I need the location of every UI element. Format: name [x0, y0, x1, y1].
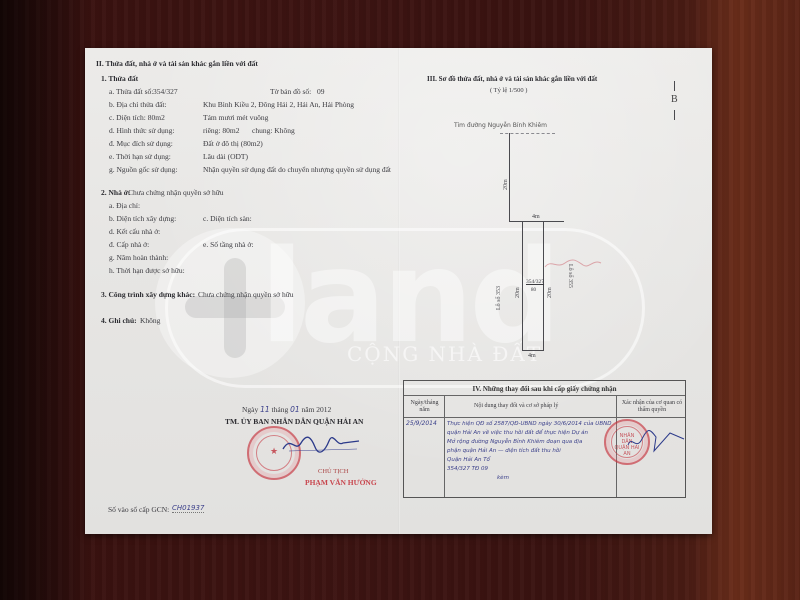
map-sheet-label: Tờ bản đồ số: [270, 88, 311, 96]
parcel-id: 354/327 [526, 280, 544, 286]
watermark-tagline: CỘNG NHÀ ĐẤT [347, 342, 542, 366]
area-label: c. Diện tích: 80m2 [109, 114, 165, 122]
red-annotation-scribble [543, 253, 603, 273]
issuing-authority: TM. ỦY BAN NHÂN DÂN QUẬN HẢI AN [225, 418, 363, 426]
column-header-date: Ngày/tháng năm [406, 400, 443, 414]
other-works-heading: 3. Công trình xây dựng khác: [101, 291, 195, 299]
change-content-line: Quận Hải An Tổ [447, 456, 615, 465]
origin-value: Nhận quyền sử dụng đất do chuyển nhượng … [203, 166, 391, 174]
section-2-title: II. Thửa đất, nhà ở và tài sản khác gắn … [96, 60, 258, 68]
watermark-plus-icon [224, 258, 246, 358]
address-value: Khu Bình Kiều 2, Đông Hải 2, Hải An, Hải… [203, 101, 354, 109]
usage-private: riêng: 80m2 [203, 127, 239, 135]
purpose-value: Đất ở đô thị (80m2) [203, 140, 263, 148]
origin-label: g. Nguồn gốc sử dụng: [109, 166, 177, 174]
house-ownership-term: h. Thời hạn được sở hữu: [109, 267, 185, 275]
usage-shared: chung: Không [252, 127, 295, 135]
term-label: e. Thời hạn sử dụng: [109, 153, 171, 161]
date-month-prefix: tháng [272, 405, 289, 414]
column-header-confirmation: Xác nhận của cơ quan có thẩm quyền [618, 400, 686, 414]
north-marker-line [674, 110, 675, 120]
other-works-value: Chưa chứng nhận quyền sở hữu [198, 291, 294, 299]
parcel-left-edge [522, 221, 523, 351]
change-content-line: Mở rộng đường Nguyễn Bỉnh Khiêm đoạn qua… [447, 438, 615, 447]
side-left-length: 20m [515, 287, 521, 298]
signature-date: Ngày 11 tháng 01 năm 2012 [242, 406, 331, 414]
registry-value: CH01937 [172, 505, 204, 513]
signer-name: PHẠM VĂN HƯỞNG [305, 479, 377, 487]
dim-top-width: 4m [532, 214, 540, 220]
changes-table-title: IV. Những thay đổi sau khi cấp giấy chứn… [404, 381, 685, 396]
signer-position: CHỦ TỊCH [318, 469, 348, 476]
notes-value: Không [140, 317, 160, 325]
north-marker-line [674, 81, 675, 91]
change-content-line: phận quận Hải An — diện tích đất thu hồi [447, 447, 615, 456]
date-prefix: Ngày [242, 405, 258, 414]
change-content-line: kèm [447, 474, 615, 483]
change-content-line: quận Hải An về việc thu hồi đất để thực … [447, 429, 615, 438]
house-floor-area: c. Diện tích sàn: [203, 215, 252, 223]
dim-bottom-width: 4m [528, 353, 536, 359]
area-words: Tám mươi mét vuông [203, 114, 268, 122]
plot-boundary [509, 221, 564, 222]
column-divider [444, 396, 445, 497]
date-year: năm 2012 [302, 405, 332, 414]
north-marker: B [671, 95, 678, 105]
map-scale: ( Tỷ lệ 1/500 ) [490, 88, 527, 95]
date-day: 11 [260, 405, 270, 414]
change-content: Thực hiện QĐ số 2587/QĐ-UBND ngày 30/6/2… [447, 420, 615, 483]
plot-boundary [509, 133, 510, 221]
confirmation-signature [626, 425, 686, 455]
change-content-line: Thực hiện QĐ số 2587/QĐ-UBND ngày 30/6/2… [447, 420, 615, 429]
address-label: b. Địa chỉ thửa đất: [109, 101, 167, 109]
purpose-label: đ. Mục đích sử dụng: [109, 140, 173, 148]
parcel-value: 354/327 [153, 88, 178, 96]
map-sheet-value: 09 [317, 88, 325, 96]
side-right-length: 20m [547, 287, 553, 298]
changes-table: IV. Những thay đổi sau khi cấp giấy chứn… [403, 380, 686, 498]
house-floors: e. Số tầng nhà ở: [203, 241, 253, 249]
parcel-bottom-edge [522, 350, 544, 351]
road-label: Tim đường Nguyễn Bỉnh Khiêm [454, 123, 547, 129]
notes-heading: 4. Ghi chú: [101, 317, 137, 325]
header-row-divider [404, 417, 685, 418]
usage-form-label: d. Hình thức sử dụng: [109, 127, 174, 135]
neighbor-left: Lô số 353 [496, 286, 502, 310]
house-completed-year: g. Năm hoàn thành: [109, 254, 168, 262]
change-content-line: 354/327 TĐ 09 [447, 465, 615, 474]
house-built-area: b. Diện tích xây dựng: [109, 215, 176, 223]
date-month: 01 [290, 405, 300, 414]
seal-star-icon: ★ [266, 447, 282, 458]
parcel-right-edge [543, 221, 544, 351]
dim-top-length: 20m [503, 179, 509, 190]
section-3-title: III. Sơ đồ thửa đất, nhà ở và tài sản kh… [427, 76, 597, 83]
house-structure: d. Kết cấu nhà ở: [109, 228, 160, 236]
registry-label: Số vào sổ cấp GCN: [108, 506, 169, 514]
land-use-certificate: land CỘNG NHÀ ĐẤT II. Thửa đất, nhà ở và… [85, 48, 712, 534]
house-grade: đ. Cấp nhà ở: [109, 241, 149, 249]
signature-scribble [281, 433, 361, 457]
land-heading: 1. Thửa đất [101, 75, 138, 83]
shadow [0, 0, 90, 600]
column-header-content: Nội dung thay đổi và cơ sở pháp lý [474, 403, 558, 409]
change-date: 25/9/2014 [406, 421, 437, 427]
parcel-label: a. Thửa đất số: [109, 88, 153, 96]
parcel-area: 80 [531, 288, 536, 293]
house-status: Chưa chứng nhận quyền sở hữu [128, 189, 224, 197]
house-address: a. Địa chỉ: [109, 202, 140, 210]
house-heading: 2. Nhà ở: [101, 189, 130, 197]
term-value: Lâu dài (ODT) [203, 153, 248, 161]
